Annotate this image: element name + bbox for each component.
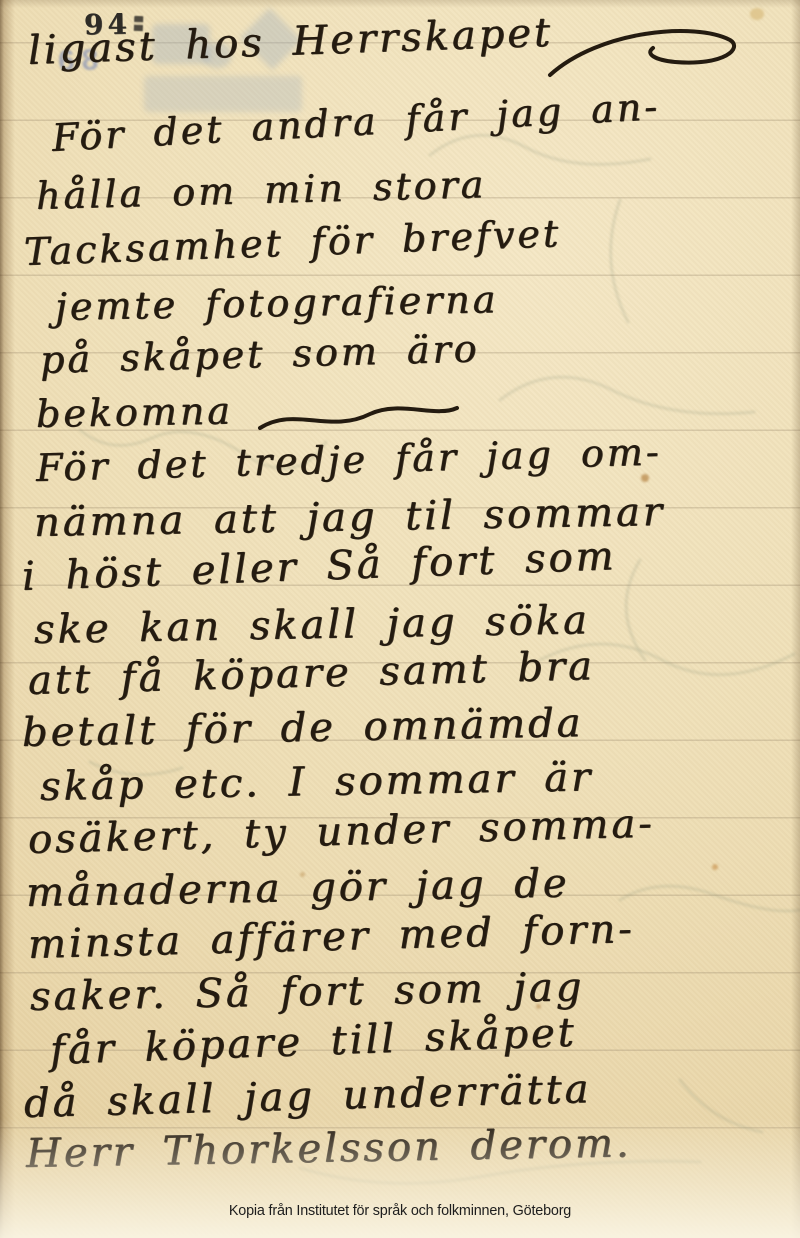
handwritten-line: Herr Thorkelsson derom. bbox=[26, 1120, 632, 1177]
foxing-spot bbox=[712, 864, 718, 870]
handwritten-line: hålla om min stora bbox=[35, 162, 486, 218]
handwritten-line: bekomna bbox=[36, 389, 234, 436]
handwritten-line: skåp etc. I sommar är bbox=[40, 754, 594, 810]
handwritten-line: Tacksamhet för brefvet bbox=[23, 211, 562, 274]
handwritten-line: betalt för de omnämda bbox=[22, 700, 584, 756]
handwritten-line: jemte fotografierna bbox=[55, 277, 499, 329]
handwritten-line: månaderna gör jag de bbox=[26, 861, 570, 916]
handwritten-line: minsta affärer med forn- bbox=[27, 906, 635, 968]
foxing-spot bbox=[641, 474, 649, 482]
handwritten-line: osäkert, ty under somma- bbox=[27, 801, 655, 863]
handwritten-line: får köpare till skåpet bbox=[49, 1010, 577, 1074]
foxing-spot bbox=[750, 8, 764, 20]
letter-page-scan: 94 68 ligast hos Herrskapet För det andr… bbox=[0, 0, 800, 1238]
handwritten-line: på skåpet som äro bbox=[39, 326, 480, 381]
handwritten-line: att få köpare samt bra bbox=[27, 643, 595, 704]
handwritten-line: För det tredje får jag om- bbox=[35, 430, 662, 490]
footer-caption: Kopia från Institutet för språk och folk… bbox=[16, 1202, 784, 1219]
handwritten-line: För det andra får jag an- bbox=[51, 84, 661, 160]
handwritten-line: då skall jag underrätta bbox=[23, 1066, 592, 1127]
